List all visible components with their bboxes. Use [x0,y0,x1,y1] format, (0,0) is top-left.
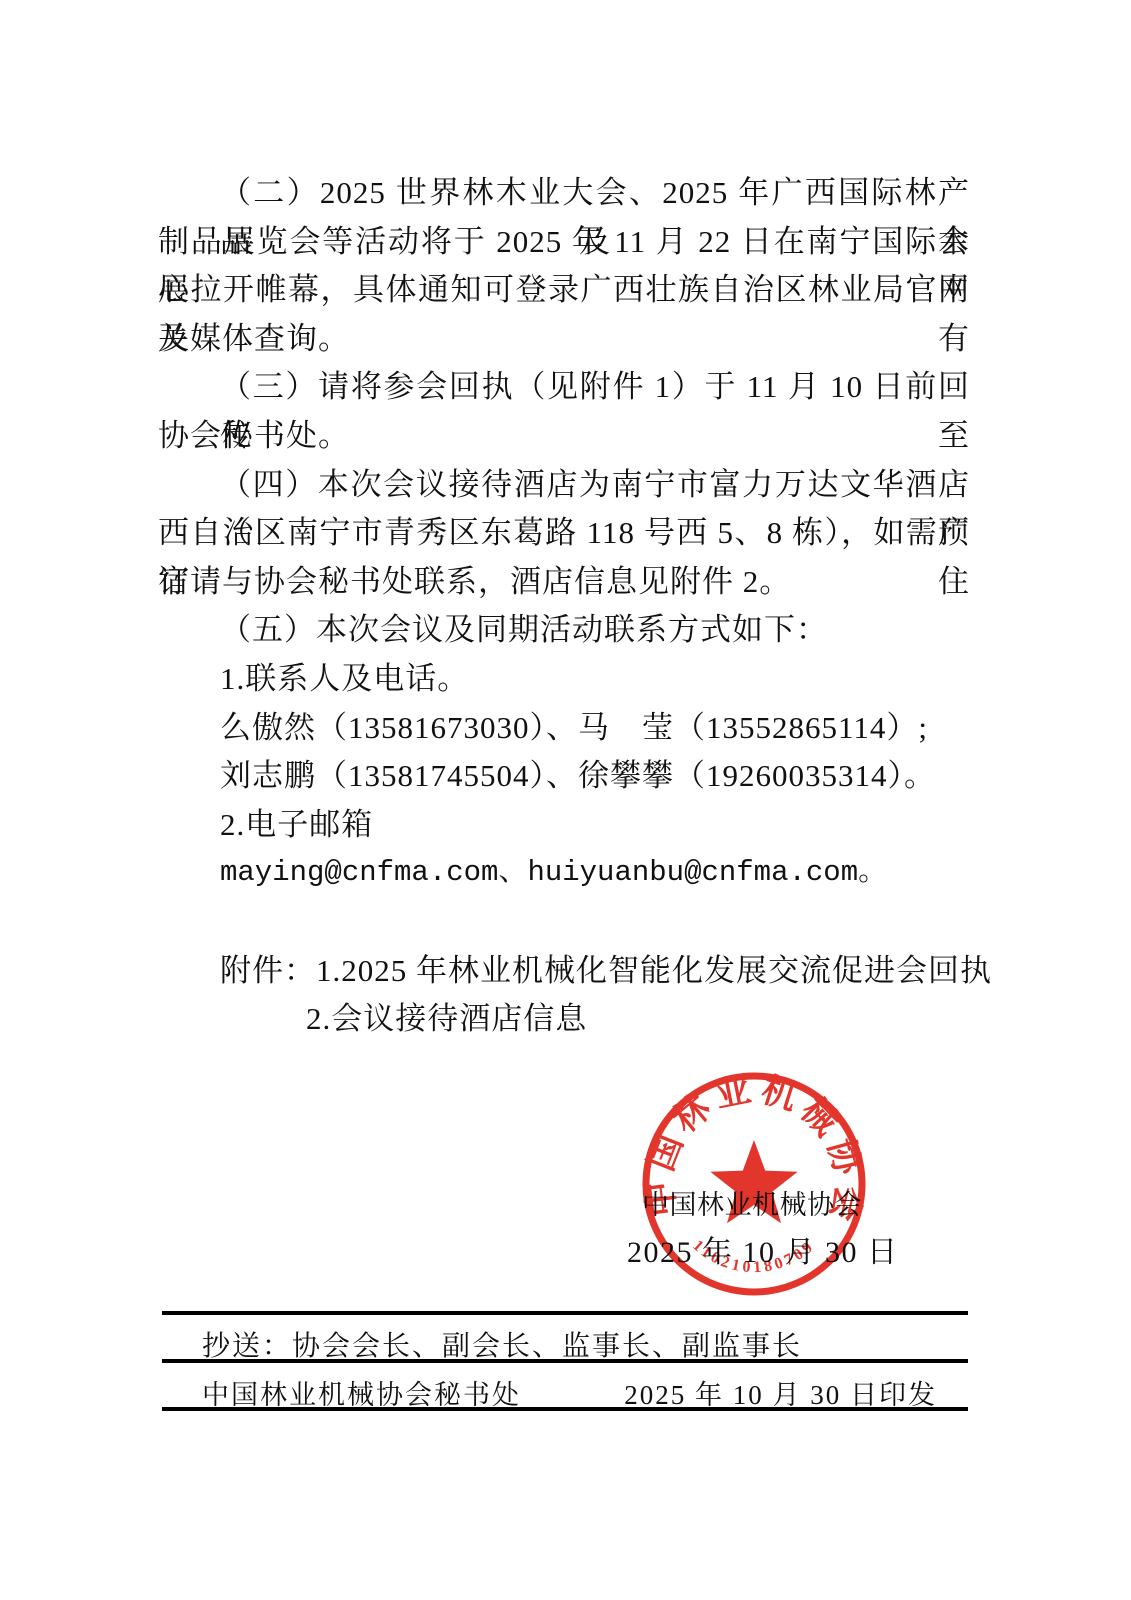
body-line [158,898,970,947]
body-line: 么傲然（13581673030）、马 莹（13552865114）; [158,704,970,753]
seal-code-digits: 110210180709 [689,1237,818,1276]
body-line: 附件：1.2025 年林业机械化智能化发展交流促进会回执 [158,947,970,996]
footer-rule-middle [162,1359,968,1363]
body-line: （三）请将参会回执（见附件 1）于 11 月 10 日前回传至 [158,363,970,412]
body-line: 刘志鹏（13581745504）、徐攀攀（19260035314）。 [158,752,970,801]
body-line: 心拉开帷幕，具体通知可登录广西壮族自治区林业局官网及有 [158,266,970,315]
body-line: 1.联系人及电话。 [158,655,970,704]
body-line: 2.电子邮箱 [158,801,970,850]
seal-star-icon [710,1140,797,1223]
body-line: maying@cnfma.com、huiyuanbu@cnfma.com。 [158,849,970,898]
footer-rule-bottom [162,1407,968,1411]
body-line: （四）本次会议接待酒店为南宁市富力万达文华酒店（广 [158,461,970,510]
body-line: （五）本次会议及同期活动联系方式如下： [158,606,970,655]
document-body: （二）2025 世界林木业大会、2025 年广西国际林产品及木制品展览会等活动将… [158,169,970,1044]
body-line: 2.会议接待酒店信息 [158,995,970,1044]
official-seal-stamp: 中国林业机械协会 110210180709 [641,1071,867,1297]
body-line: （二）2025 世界林木业大会、2025 年广西国际林产品及木 [158,169,970,218]
body-line: 制品展览会等活动将于 2025 年 11 月 22 日在南宁国际会展中 [158,218,970,267]
footer-copy-line: 抄送：协会会长、副会长、监事长、副监事长 [202,1324,802,1364]
body-line: 西自治区南宁市青秀区东葛路 118 号西 5、8 栋），如需预订住 [158,509,970,558]
footer-rule-top [162,1311,968,1315]
